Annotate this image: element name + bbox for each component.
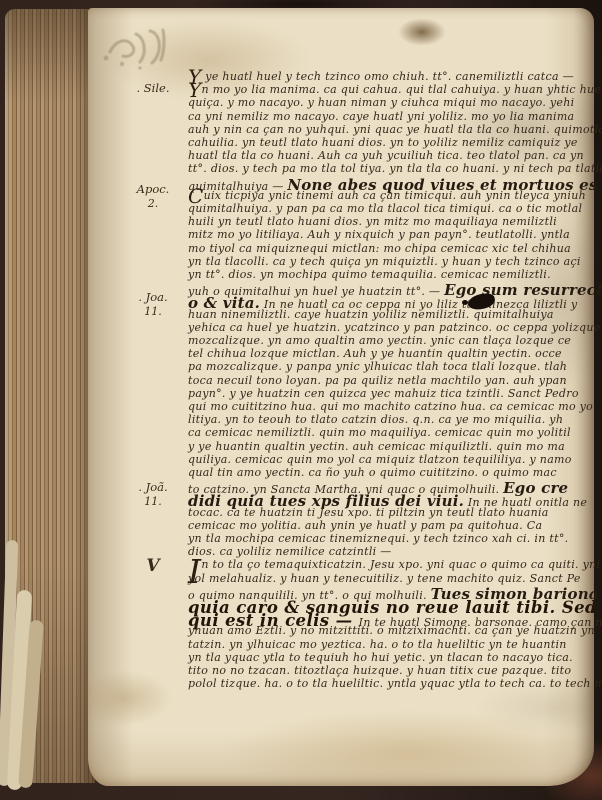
handwriting-text: pa mozcalizque. y panpa ynic ylhuicac tl…: [188, 360, 567, 373]
margin-note: Apoc.2.: [126, 182, 180, 210]
handwriting-text: uix ticpiya ynic tinemi auh ca çan timic…: [204, 189, 586, 202]
handwriting-text: yn tt°. dios. yn mochipa quimo temaquili…: [188, 268, 551, 281]
manuscript-line: yn tla yquac ytla to tequiuh ho hui yeti…: [188, 651, 573, 665]
manuscript-line: payn°. y ye huatzin cen quizca yec mahui…: [188, 387, 579, 401]
handwriting-text: tatzin. yn ylhuicac mo yeztica. ha. o to…: [188, 638, 567, 651]
handwriting-text: tito no no tzacan. titoztlaça huizque. y…: [188, 664, 571, 677]
margin-note-label: Apoc.: [137, 182, 170, 196]
manuscript-line: yn tt°. dios. yn mochipa quimo temaquili…: [188, 268, 551, 282]
manuscript-line: yhuan amo Eztli. y no mitzittiti. o mitz…: [188, 624, 595, 638]
handwriting-text: qual tin amo yectin. ca ño yuh o quimo c…: [188, 466, 557, 479]
margin-note-label: . Sile.: [136, 81, 169, 95]
handwriting-text: ye huatl huel y tech tzinco omo chiuh. t…: [202, 70, 574, 83]
margin-note-label: V: [146, 556, 159, 576]
handwriting-text: mitz mo yo litiliaya. Auh y nixquich y p…: [188, 228, 570, 241]
margin-note-label: . Joã.: [138, 480, 167, 494]
manuscript-line: quiça. y mo nacayo. y huan niman y ciuhc…: [188, 96, 574, 110]
handwriting-text: mo tiyol ca miquiznequi mictlan: mo chip…: [188, 242, 571, 255]
handwriting-text: payn°. y ye huatzin cen quizca yec mahui…: [188, 387, 579, 400]
handwriting-text: yn tla yquac ytla to tequiuh ho hui yeti…: [188, 651, 573, 664]
manuscript-line: yn tla tlacolli. ca y tech quiça yn miqu…: [188, 255, 581, 269]
manuscript-line: huatl tla tla co huani. Auh ca yuh ycuil…: [188, 149, 584, 163]
handwriting-text: quiça. y mo nacayo. y huan niman y ciuhc…: [188, 96, 574, 109]
margin-note: V: [126, 556, 180, 576]
margin-note: . Joã.11.: [126, 480, 180, 508]
manuscript-line: tito no no tzacan. titoztlaça huizque. y…: [188, 664, 571, 678]
manuscript-line: quia caro & sanguis no reue lauit tibi. …: [188, 598, 602, 612]
manuscript-line: polol tizque. ha. o to tla hueliltic. yn…: [188, 677, 602, 691]
handwriting-text: mozcalizque. yn amo qualtin amo yectin. …: [188, 334, 571, 347]
handwriting-text: huili yn teutl tlato huani dios. yn mitz…: [188, 215, 557, 228]
margin-note: . Sile.: [126, 81, 180, 95]
manuscript-line: toca necuil tono loyan. pa pa quiliz net…: [188, 374, 567, 388]
manuscript-line: mitz mo yo litiliaya. Auh y nixquich y p…: [188, 228, 570, 242]
handwriting-text: qui mo cuititzino hua. qui mo machito ca…: [188, 400, 593, 413]
handwriting-text: yn tla mochipa cemicac tinemiznequi. y t…: [188, 532, 568, 545]
margin-note-number: 11.: [126, 305, 180, 318]
manuscript-line: huili yn teutl tlato huani dios. yn mitz…: [188, 215, 557, 229]
manuscript-line: In to tla ço temaquixticatzin. Jesu xpo.…: [188, 558, 602, 572]
margin-note-label: . Joa.: [138, 290, 167, 304]
handwriting-text: tocac. ca te huatzin ti Jesu xpo. ti pil…: [188, 506, 549, 519]
handwriting-text: huan ninemiliztli. caye huatzin yoliliz …: [188, 308, 554, 321]
handwriting-text: quiliya. cemicac quin mo yol ca miquiz t…: [188, 453, 572, 466]
manuscript-line: huan ninemiliztli. caye huatzin yoliliz …: [188, 308, 554, 322]
manuscript-line: tel chihua lozque mictlan. Auh y ye huan…: [188, 347, 562, 361]
manuscript-line: quimitalhuiya — None abes quod viues et …: [188, 176, 602, 190]
ink-blot: [462, 300, 468, 305]
handwriting-text: huatl tla tla co huani. Auh ca yuh ycuil…: [188, 149, 584, 162]
manuscript-line: qual tin amo yectin. ca ño yuh o quimo c…: [188, 466, 557, 480]
manuscript-photo: Y ye huatl huel y tech tzinco omo chiuh.…: [0, 0, 602, 800]
manuscript-line: quiliya. cemicac quin mo yol ca miquiz t…: [188, 453, 572, 467]
handwriting-text: cemicac mo yolitia. auh ynin ye huatl y …: [188, 519, 542, 532]
manuscript-line: qui est in celis — In te huatl Simone. b…: [188, 611, 602, 625]
handwriting-text: n to tla ço temaquixticatzin. Jesu xpo. …: [201, 558, 602, 571]
manuscript-line: Cuix ticpiya ynic tinemi auh ca çan timi…: [188, 189, 586, 203]
manuscript-line: cemicac mo yolitia. auh ynin ye huatl y …: [188, 519, 542, 533]
manuscript-line: yn tla mochipa cemicac tinemiznequi. y t…: [188, 532, 568, 546]
handwriting-text: yn tla tlacolli. ca y tech quiça yn miqu…: [188, 255, 581, 268]
handwriting-text: quimitalhuiya. y pan pa ca mo tla tlacol…: [188, 202, 582, 215]
manuscript-line: yehica ca huel ye huatzin. ycatzinco y p…: [188, 321, 601, 335]
handwriting-text: yol melahualiz. y huan y tenecuitiliz. y…: [188, 572, 581, 585]
handwriting-text: cahuilia. yn teutl tlato huani dios. yn …: [188, 136, 578, 149]
handwriting-text: ca cemicac nemiliztli. quin mo maquiliya…: [188, 426, 571, 439]
manuscript-line: Yn mo yo lia manima. ca qui cahua. qui t…: [188, 83, 602, 97]
manuscript-line: tatzin. yn ylhuicac mo yeztica. ha. o to…: [188, 638, 567, 652]
handwriting-text: ca yni nemiliz mo nacayo. caye huatl yni…: [188, 110, 574, 123]
handwriting-text: tel chihua lozque mictlan. Auh y ye huan…: [188, 347, 562, 360]
manuscript-line: pa mozcalizque. y panpa ynic ylhuicac tl…: [188, 360, 567, 374]
manuscript-line: cahuilia. yn teutl tlato huani dios. yn …: [188, 136, 578, 150]
manuscript-line: ca cemicac nemiliztli. quin mo maquiliya…: [188, 426, 571, 440]
handwriting-text: tt°. dios. y tech pa mo tla tol tiya. yn…: [188, 162, 602, 175]
manuscript-line: y ye huantin qualtin yectin. auh cemicac…: [188, 440, 565, 454]
manuscript-line: ca yni nemiliz mo nacayo. caye huatl yni…: [188, 110, 574, 124]
handwriting-text: —: [598, 180, 602, 193]
manuscript-line: mo tiyol ca miquiznequi mictlan: mo chip…: [188, 242, 571, 256]
manuscript-line: auh y nin ca çan no yuhqui. yni quac ye …: [188, 123, 602, 137]
margin-note-number: 2.: [126, 197, 180, 210]
manuscript-line: quimitalhuiya. y pan pa ca mo tla tlacol…: [188, 202, 582, 216]
manuscript-line: o & vita. In ne huatl ca oc ceppa ni yo …: [188, 294, 577, 308]
manuscript-line: o quimo nanquilili. yn tt°. o qui molhui…: [188, 585, 599, 599]
handwriting-text: dios. ca yoliliz nemilice catzintli —: [188, 545, 392, 558]
handwriting-text: litiya. yn to teouh to tlato catzin dios…: [188, 413, 563, 426]
margin-note-number: 11.: [126, 495, 180, 508]
handwriting-text: auh y nin ca çan no yuhqui. yni quac ye …: [188, 123, 602, 136]
handwriting-text: yehica ca huel ye huatzin. ycatzinco y p…: [188, 321, 601, 334]
manuscript-line: didi quia tues xps filius dei viui. In n…: [188, 492, 587, 506]
handwriting-text: n mo yo lia manima. ca qui cahua. qui tl…: [202, 83, 602, 96]
handwriting-text: polol tizque. ha. o to tla hueliltic. yn…: [188, 677, 602, 690]
manuscript-line: qui mo cuititzino hua. qui mo machito ca…: [188, 400, 593, 414]
handwriting-text: y ye huantin qualtin yectin. auh cemicac…: [188, 440, 565, 453]
manuscript-line: tocac. ca te huatzin ti Jesu xpo. ti pil…: [188, 506, 549, 520]
manuscript-line: yol melahualiz. y huan y tenecuitiliz. y…: [188, 572, 581, 586]
manuscript-line: Y ye huatl huel y tech tzinco omo chiuh.…: [188, 70, 574, 84]
handwriting-text: yhuan amo Eztli. y no mitzittiti. o mitz…: [188, 624, 595, 637]
margin-note: . Joa.11.: [126, 290, 180, 318]
manuscript-text-block: Y ye huatl huel y tech tzinco omo chiuh.…: [0, 0, 602, 800]
manuscript-line: yuh o quimitalhui yn huel ye huatzin tt°…: [188, 281, 602, 295]
manuscript-line: mozcalizque. yn amo qualtin amo yectin. …: [188, 334, 571, 348]
handwriting-text: toca necuil tono loyan. pa pa quiliz net…: [188, 374, 567, 387]
manuscript-line: tt°. dios. y tech pa mo tla tol tiya. yn…: [188, 162, 602, 176]
manuscript-line: to catzino. yn Sancta Martha. yni quac o…: [188, 479, 568, 493]
manuscript-line: litiya. yn to teouh to tlato catzin dios…: [188, 413, 563, 427]
